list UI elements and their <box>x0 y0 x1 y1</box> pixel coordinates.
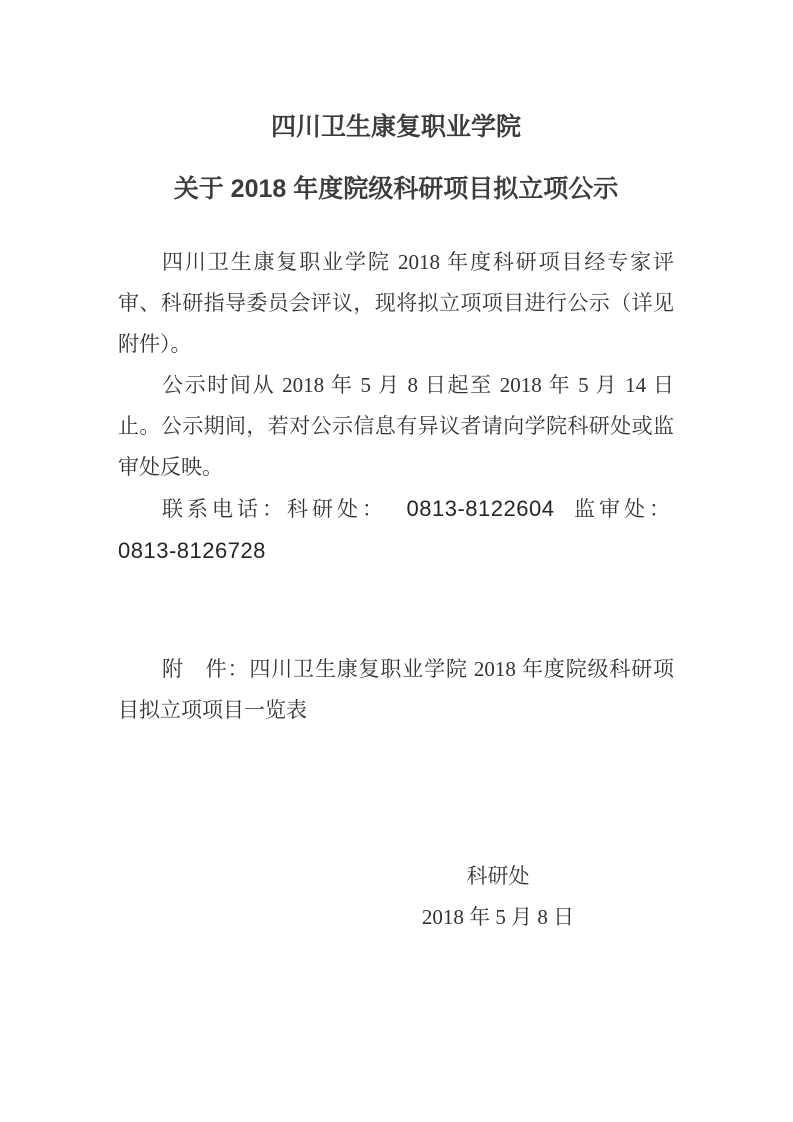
document-page: 四川卫生康复职业学院 关于 2018 年度院级科研项目拟立项公示 四川卫生康复职… <box>0 0 793 1122</box>
signature-date: 2018 年 5 月 8 日 <box>418 897 578 938</box>
jianshen-phone-number: 0813-8126728 <box>118 530 674 571</box>
document-subtitle: 关于 2018 年度院级科研项目拟立项公示 <box>118 172 674 206</box>
document-title: 四川卫生康复职业学院 <box>118 110 674 144</box>
attachment-note: 附 件：四川卫生康复职业学院 2018 年度院级科研项目拟立项项目一览表 <box>118 649 674 731</box>
paragraph-publicity-period: 公示时间从 2018 年 5 月 8 日起至 2018 年 5 月 14 日止。… <box>118 365 674 488</box>
signature-block: 科研处 2018 年 5 月 8 日 <box>418 856 578 938</box>
keyan-phone-number: 0813-8122604 <box>407 488 555 529</box>
signature-department: 科研处 <box>418 856 578 897</box>
contact-line: 联系电话：科研处： 0813-8122604 监审处： <box>118 488 674 530</box>
paragraph-intro: 四川卫生康复职业学院 2018 年度科研项目经专家评审、科研指导委员会评议，现将… <box>118 242 674 365</box>
jianshen-label: 监审处： <box>574 489 674 530</box>
contact-label: 联系电话：科研处： <box>162 489 387 530</box>
